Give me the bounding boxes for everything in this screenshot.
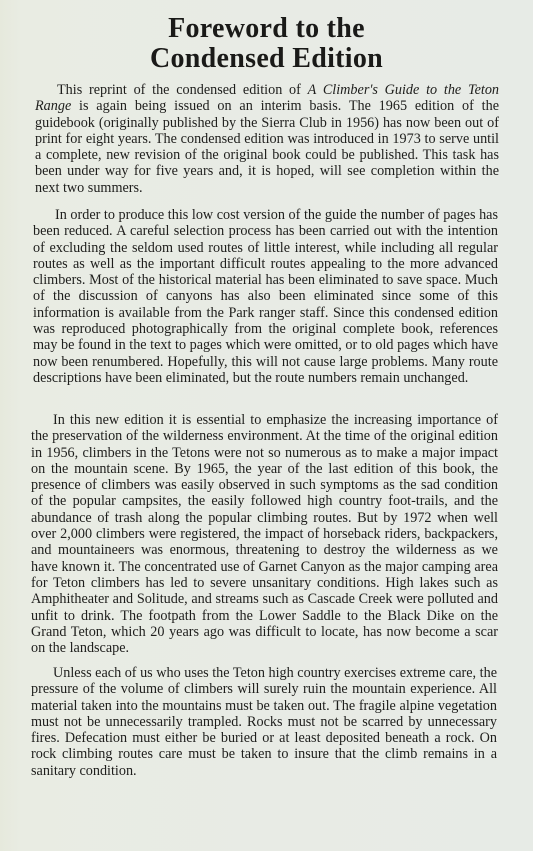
paragraph-3-text: In this new edition it is essential to e…: [31, 412, 498, 656]
paragraph-4: Unless each of us who uses the Teton hig…: [31, 665, 497, 779]
paragraph-1: This reprint of the condensed edition of…: [35, 82, 499, 196]
title-line-1: Foreword to the: [0, 14, 533, 44]
paragraph-1-lead: This reprint of the condensed edition of: [57, 82, 308, 98]
book-page: Foreword to the Condensed Edition This r…: [0, 0, 533, 851]
paragraph-2-text: In order to produce this low cost versio…: [33, 207, 498, 386]
paragraph-3: In this new edition it is essential to e…: [31, 412, 498, 656]
page-title: Foreword to the Condensed Edition: [0, 14, 533, 74]
paragraph-1-rest: is again being issued on an interim basi…: [35, 98, 499, 195]
title-line-2: Condensed Edition: [0, 44, 533, 74]
paragraph-4-text: Unless each of us who uses the Teton hig…: [31, 665, 497, 779]
paragraph-2: In order to produce this low cost versio…: [33, 207, 498, 386]
